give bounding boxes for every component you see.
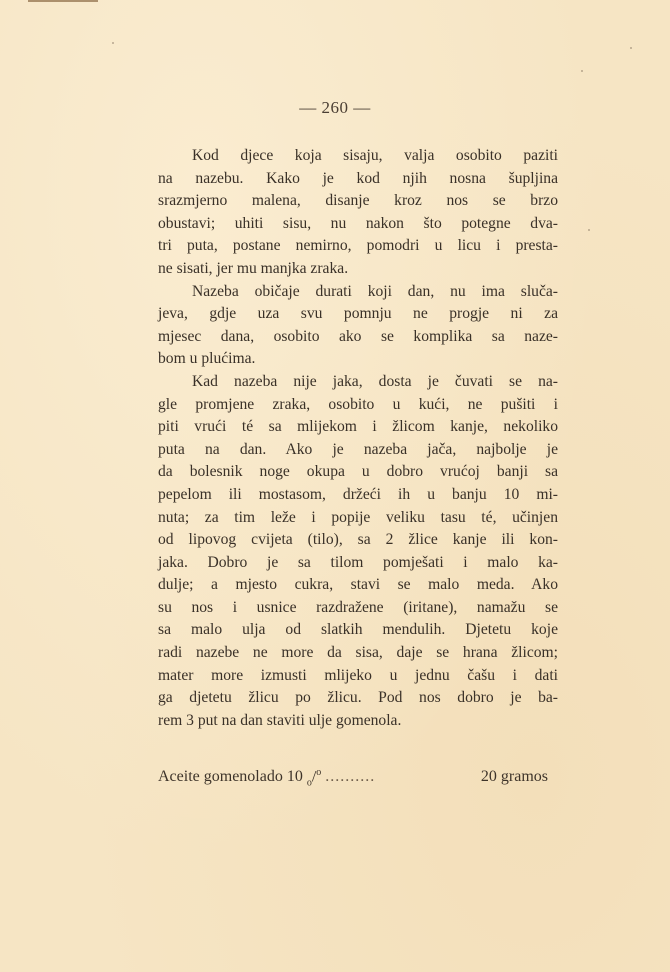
paragraph-1: Kod djece koja sisaju, valja osobito paz… (158, 145, 558, 281)
text-line: bom u plućima. (158, 348, 558, 371)
paper-speck (630, 47, 632, 49)
text-line: srazmjerno malena, disanje kroz nos se b… (158, 190, 558, 213)
text-line: pepelom ili mostasom, držeći ih u banju … (158, 484, 558, 507)
text-line: obustavi; uhiti sisu, nu nakon što poteg… (158, 213, 558, 236)
text-line: ga djetetu žlicu po žlicu. Pod nos dobro… (158, 687, 558, 710)
paragraph-2: Nazeba običaje durati koji dan, nu ima s… (158, 281, 558, 371)
text-line: mater more izmusti mlijeko u jednu čašu … (158, 665, 558, 688)
page-edge-shadow (28, 0, 98, 2)
text-line: tri puta, postane nemirno, pomodri u lic… (158, 235, 558, 258)
text-line: od lipovog cvijeta (tilo), sa 2 žlice ka… (158, 529, 558, 552)
recipe-amount: 20 gramos (481, 768, 548, 786)
recipe-line: Aceite gomenolado 10 o/o .......... 20 g… (158, 767, 548, 789)
recipe-leader-dots: .......... (321, 768, 481, 786)
page-number: — 260 — (0, 98, 670, 118)
recipe-ingredient: Aceite gomenolado 10 (158, 768, 303, 786)
recipe-percent-unit: o/o (303, 767, 321, 789)
text-line: dulje; a mjesto cukra, stavi se malo med… (158, 574, 558, 597)
text-line: Kad nazeba nije jaka, dosta je čuvati se… (158, 371, 558, 394)
text-line: jaka. Dobro je sa tilom pomješati i malo… (158, 552, 558, 575)
text-line: gle promjene zraka, osobito u kući, ne p… (158, 394, 558, 417)
text-line: Kod djece koja sisaju, valja osobito paz… (158, 145, 558, 168)
text-line: ne sisati, jer mu manjka zraka. (158, 258, 558, 281)
text-line: Nazeba običaje durati koji dan, nu ima s… (158, 281, 558, 304)
text-line: na nazebu. Kako je kod njih nosna šuplji… (158, 168, 558, 191)
text-line: radi nazebe ne more da sisa, daje se hra… (158, 642, 558, 665)
text-line: mjesec dana, osobito ako se komplika sa … (158, 326, 558, 349)
body-text: Kod djece koja sisaju, valja osobito paz… (158, 145, 558, 732)
paper-speck (112, 42, 114, 44)
text-line: piti vrući té sa mlijekom i žlicom kanje… (158, 416, 558, 439)
text-line: da bolesnik noge okupa u dobro vrućoj ba… (158, 461, 558, 484)
text-line: sa malo ulja od slatkih mendulih. Djetet… (158, 619, 558, 642)
paper-speck (581, 70, 583, 72)
text-line: su nos i usnice razdražene (iritane), na… (158, 597, 558, 620)
book-page: — 260 — Kod djece koja sisaju, valja oso… (0, 0, 670, 972)
text-line: puta na dan. Ako je nazeba jača, najbolj… (158, 439, 558, 462)
paper-speck (588, 229, 590, 231)
text-line: rem 3 put na dan staviti ulje gomenola. (158, 710, 558, 733)
paragraph-3: Kad nazeba nije jaka, dosta je čuvati se… (158, 371, 558, 733)
text-line: jeva, gdje uza svu pomnju ne progje ni z… (158, 303, 558, 326)
text-line: nuta; za tim leže i popije veliku tasu t… (158, 507, 558, 530)
